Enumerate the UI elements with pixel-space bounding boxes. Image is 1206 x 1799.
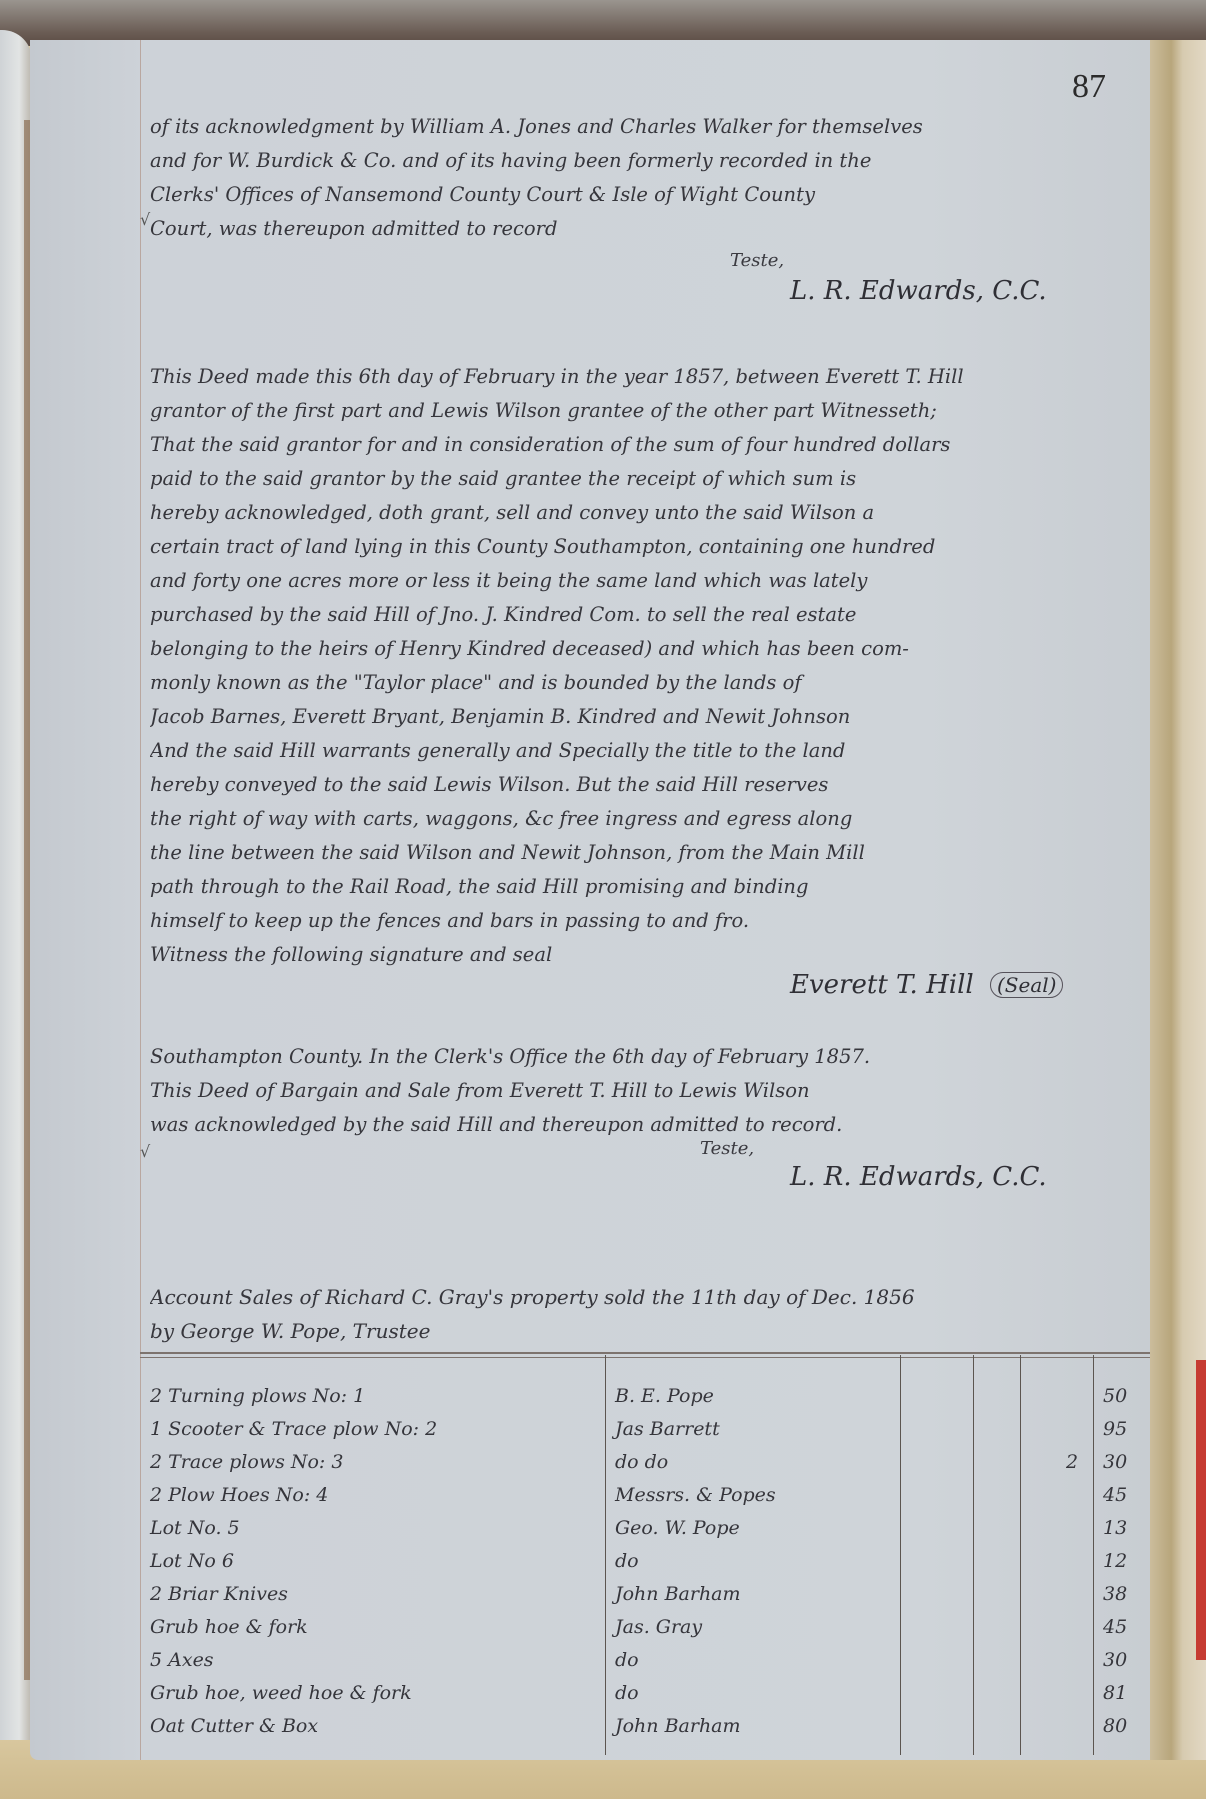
text-line: And the said Hill warrants generally and… xyxy=(150,734,1130,768)
cents-cell: 13 xyxy=(1103,1512,1127,1545)
heading-line: by George W. Pope, Trustee xyxy=(150,1314,1130,1348)
buyer-cell: do do xyxy=(615,1446,668,1479)
buyer-cell: Jas Barrett xyxy=(615,1413,720,1446)
entry-acknowledgment: of its acknowledgment by William A. Jone… xyxy=(150,110,1130,246)
cents-cell: 38 xyxy=(1103,1578,1127,1611)
item-cell: Lot No 6 xyxy=(150,1545,234,1578)
text-line: Witness the following signature and seal xyxy=(150,938,1130,972)
text-line: path through to the Rail Road, the said … xyxy=(150,870,1130,904)
buyer-cell: do xyxy=(615,1545,639,1578)
column-divider xyxy=(973,1355,974,1755)
text-line: Clerks' Offices of Nansemond County Cour… xyxy=(150,178,1130,212)
item-cell: 5 Axes xyxy=(150,1644,214,1677)
buyer-cell: do xyxy=(615,1644,639,1677)
cents-cell: 81 xyxy=(1103,1677,1127,1710)
item-cell: 2 Trace plows No: 3 xyxy=(150,1446,343,1479)
text-line: purchased by the said Hill of Jno. J. Ki… xyxy=(150,598,1130,632)
item-cell: Oat Cutter & Box xyxy=(150,1710,318,1743)
teste-label: Teste, xyxy=(730,250,784,271)
text-line: was acknowledged by the said Hill and th… xyxy=(150,1108,1130,1142)
account-sales-heading: Account Sales of Richard C. Gray's prope… xyxy=(150,1280,1130,1348)
item-cell: Lot No. 5 xyxy=(150,1512,240,1545)
entry-deed: This Deed made this 6th day of February … xyxy=(150,360,1130,972)
column-divider xyxy=(900,1355,901,1755)
text-line: hereby conveyed to the said Lewis Wilson… xyxy=(150,768,1130,802)
text-line: and for W. Burdick & Co. and of its havi… xyxy=(150,144,1130,178)
text-line: of its acknowledgment by William A. Jone… xyxy=(150,110,1130,144)
clerk-signature: L. R. Edwards, C.C. xyxy=(790,1162,1047,1192)
buyer-cell: do xyxy=(615,1677,639,1710)
cents-cell: 45 xyxy=(1103,1611,1127,1644)
buyer-cell: John Barham xyxy=(615,1710,741,1743)
text-line: That the said grantor for and in conside… xyxy=(150,428,1130,462)
red-ribbon-marker xyxy=(1196,1360,1206,1660)
table-top-rule xyxy=(140,1357,1150,1358)
text-line: Court, was thereupon admitted to record xyxy=(150,212,1130,246)
ledger-page: 87 of its acknowledgment by William A. J… xyxy=(30,40,1150,1760)
column-divider-dollars xyxy=(1020,1355,1021,1755)
cents-cell: 80 xyxy=(1103,1710,1127,1743)
cents-cell: 95 xyxy=(1103,1413,1127,1446)
item-cell: Grub hoe & fork xyxy=(150,1611,308,1644)
text-line: himself to keep up the fences and bars i… xyxy=(150,904,1130,938)
item-cell: Grub hoe, weed hoe & fork xyxy=(150,1677,412,1710)
text-line: certain tract of land lying in this Coun… xyxy=(150,530,1130,564)
buyer-cell: B. E. Pope xyxy=(615,1380,714,1413)
column-divider-cents xyxy=(1093,1355,1094,1755)
dollars-cell: 2 xyxy=(1066,1446,1078,1479)
text-line: Jacob Barnes, Everett Bryant, Benjamin B… xyxy=(150,700,1130,734)
seal-mark: (Seal) xyxy=(990,972,1063,998)
item-cell: 2 Briar Knives xyxy=(150,1578,288,1611)
text-line: and forty one acres more or less it bein… xyxy=(150,564,1130,598)
text-line: This Deed of Bargain and Sale from Evere… xyxy=(150,1074,1130,1108)
cents-cell: 12 xyxy=(1103,1545,1127,1578)
text-line: hereby acknowledged, doth grant, sell an… xyxy=(150,496,1130,530)
cents-cell: 45 xyxy=(1103,1479,1127,1512)
heading-line: Account Sales of Richard C. Gray's prope… xyxy=(150,1280,1130,1314)
table-top-rule xyxy=(140,1352,1150,1354)
text-line: This Deed made this 6th day of February … xyxy=(150,360,1130,394)
text-line: the line between the said Wilson and New… xyxy=(150,836,1130,870)
clerk-signature: L. R. Edwards, C.C. xyxy=(790,276,1047,306)
text-line: grantor of the first part and Lewis Wils… xyxy=(150,394,1130,428)
teste-label: Teste, xyxy=(700,1138,754,1159)
text-line: Southampton County. In the Clerk's Offic… xyxy=(150,1040,1130,1074)
text-line: belonging to the heirs of Henry Kindred … xyxy=(150,632,1130,666)
buyer-cell: Geo. W. Pope xyxy=(615,1512,740,1545)
margin-check-mark: √ xyxy=(140,1142,150,1161)
left-margin-rule xyxy=(140,40,141,1760)
buyer-cell: John Barham xyxy=(615,1578,741,1611)
text-line: paid to the said grantor by the said gra… xyxy=(150,462,1130,496)
text-line: monly known as the "Taylor place" and is… xyxy=(150,666,1130,700)
cents-cell: 30 xyxy=(1103,1644,1127,1677)
item-cell: 1 Scooter & Trace plow No: 2 xyxy=(150,1413,437,1446)
margin-check-mark: √ xyxy=(140,210,150,229)
column-divider-buyer xyxy=(605,1355,606,1755)
grantor-signature: Everett T. Hill xyxy=(790,970,974,1000)
entry-certificate: Southampton County. In the Clerk's Offic… xyxy=(150,1040,1130,1142)
buyer-cell: Jas. Gray xyxy=(615,1611,702,1644)
item-cell: 2 Turning plows No: 1 xyxy=(150,1380,365,1413)
item-cell: 2 Plow Hoes No: 4 xyxy=(150,1479,328,1512)
cents-cell: 50 xyxy=(1103,1380,1127,1413)
page-number: 87 xyxy=(1072,68,1106,106)
cents-cell: 30 xyxy=(1103,1446,1127,1479)
text-line: the right of way with carts, waggons, &c… xyxy=(150,802,1130,836)
buyer-cell: Messrs. & Popes xyxy=(615,1479,776,1512)
